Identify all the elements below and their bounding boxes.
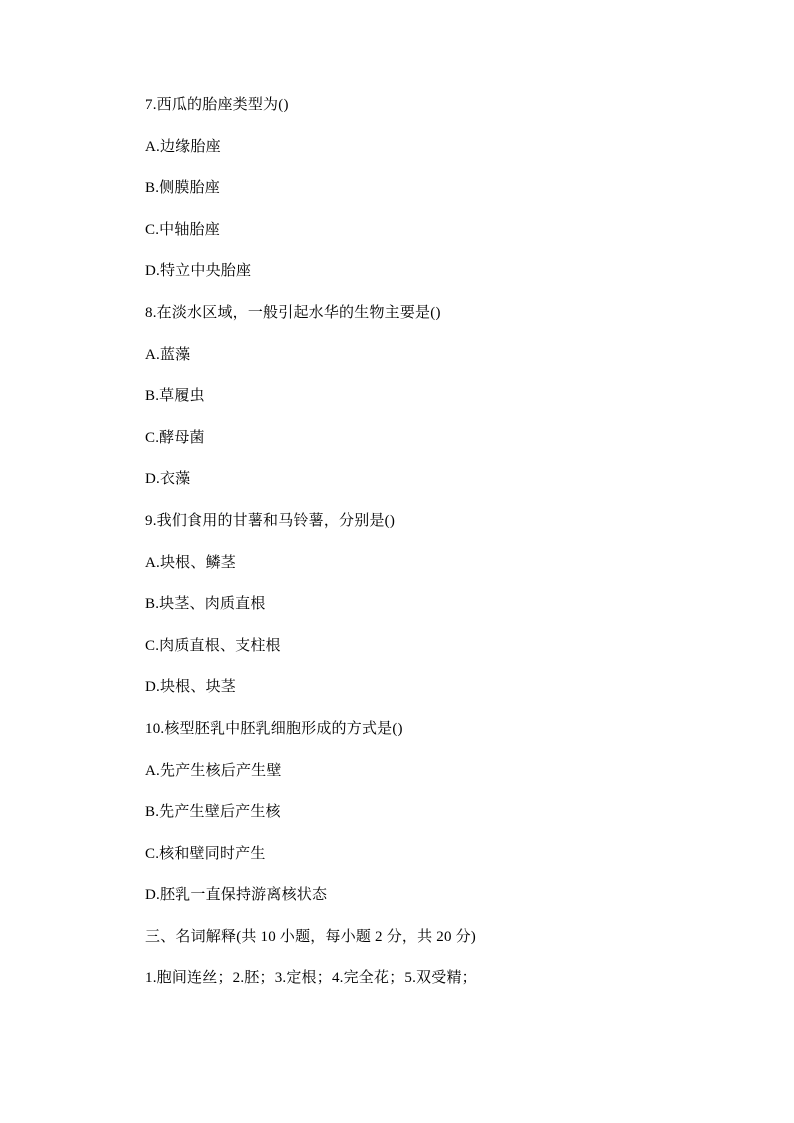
question-10: 10.核型胚乳中胚乳细胞形成的方式是() A.先产生核后产生壁 B.先产生壁后产… <box>145 709 705 917</box>
question-7-stem: 7.西瓜的胎座类型为() <box>145 85 705 127</box>
question-8: 8.在淡水区域，一般引起水华的生物主要是() A.蓝藻 B.草履虫 C.酵母菌 … <box>145 293 705 501</box>
section-three-heading: 三、名词解释(共 10 小题，每小题 2 分，共 20 分) <box>145 917 705 959</box>
question-8-option-b: B.草履虫 <box>145 376 705 418</box>
question-9-option-a: A.块根、鳞茎 <box>145 543 705 585</box>
question-7-option-b: B.侧膜胎座 <box>145 168 705 210</box>
question-9-option-d: D.块根、块茎 <box>145 667 705 709</box>
question-7-option-a: A.边缘胎座 <box>145 127 705 169</box>
question-10-option-a: A.先产生核后产生壁 <box>145 751 705 793</box>
question-7-option-d: D.特立中央胎座 <box>145 251 705 293</box>
question-9-stem: 9.我们食用的甘薯和马铃薯，分别是() <box>145 501 705 543</box>
question-7: 7.西瓜的胎座类型为() A.边缘胎座 B.侧膜胎座 C.中轴胎座 D.特立中央… <box>145 85 705 293</box>
question-9: 9.我们食用的甘薯和马铃薯，分别是() A.块根、鳞茎 B.块茎、肉质直根 C.… <box>145 501 705 709</box>
question-8-stem: 8.在淡水区域，一般引起水华的生物主要是() <box>145 293 705 335</box>
question-9-option-c: C.肉质直根、支柱根 <box>145 626 705 668</box>
question-8-option-c: C.酵母菌 <box>145 418 705 460</box>
question-10-stem: 10.核型胚乳中胚乳细胞形成的方式是() <box>145 709 705 751</box>
question-8-option-d: D.衣藻 <box>145 459 705 501</box>
section-three-terms: 1.胞间连丝；2.胚；3.定根；4.完全花；5.双受精； <box>145 958 705 1000</box>
question-10-option-d: D.胚乳一直保持游离核状态 <box>145 875 705 917</box>
question-9-option-b: B.块茎、肉质直根 <box>145 584 705 626</box>
question-7-option-c: C.中轴胎座 <box>145 210 705 252</box>
question-8-option-a: A.蓝藻 <box>145 335 705 377</box>
document-page: 7.西瓜的胎座类型为() A.边缘胎座 B.侧膜胎座 C.中轴胎座 D.特立中央… <box>0 0 794 1123</box>
question-10-option-b: B.先产生壁后产生核 <box>145 792 705 834</box>
section-three: 三、名词解释(共 10 小题，每小题 2 分，共 20 分) 1.胞间连丝；2.… <box>145 917 705 1000</box>
question-10-option-c: C.核和壁同时产生 <box>145 834 705 876</box>
exam-content: 7.西瓜的胎座类型为() A.边缘胎座 B.侧膜胎座 C.中轴胎座 D.特立中央… <box>145 85 705 1000</box>
